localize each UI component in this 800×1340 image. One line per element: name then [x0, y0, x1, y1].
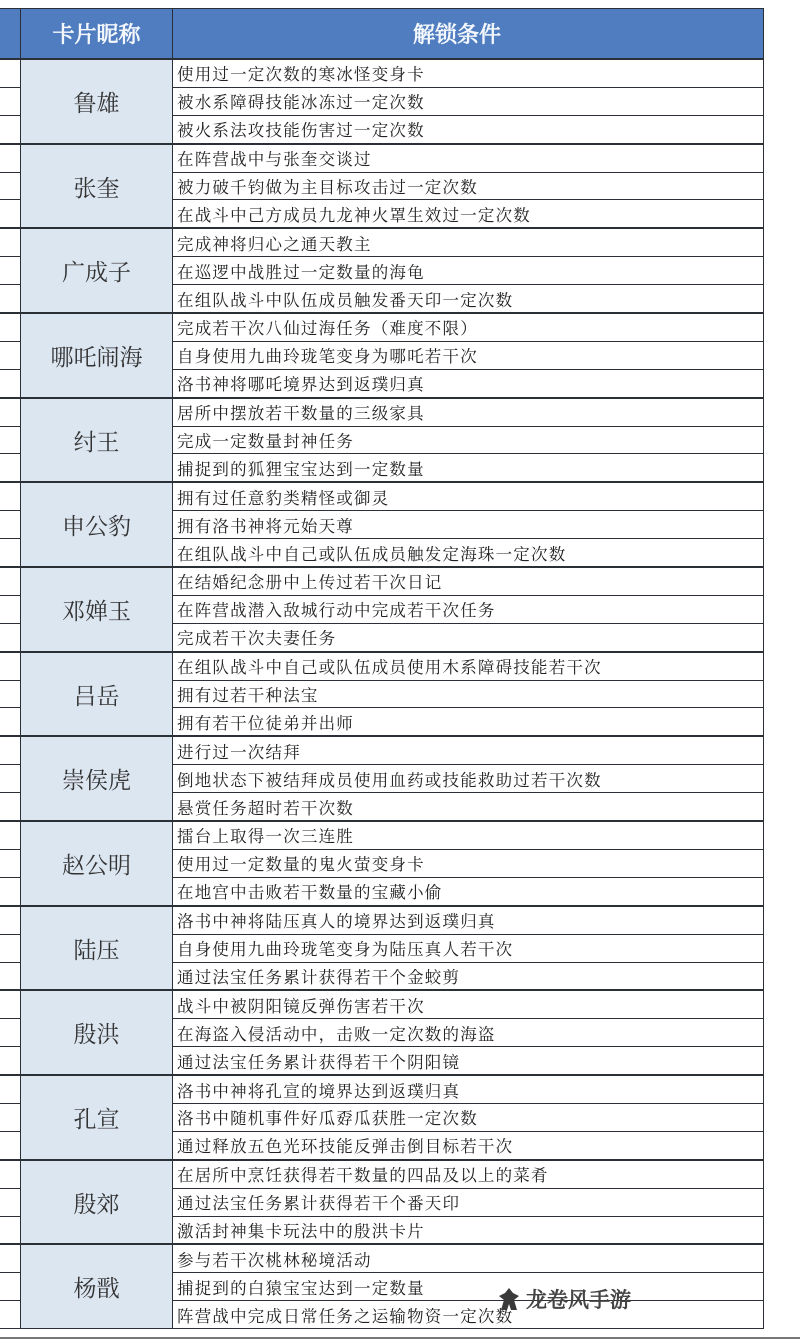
card-name-cell: 申公豹 [21, 482, 173, 567]
stub-cell [0, 877, 21, 905]
stub-cell [0, 1216, 21, 1244]
watermark-text: 龙卷风手游 [526, 1284, 631, 1314]
stub-cell [0, 1160, 21, 1188]
card-name-cell: 杨戬 [21, 1244, 173, 1328]
table-row: 杨戬参与若干次桃林秘境活动 [0, 1244, 764, 1272]
condition-cell: 居所中摆放若干数量的三级家具 [173, 398, 764, 426]
stub-cell [0, 652, 21, 680]
condition-cell: 使用过一定次数的寒冰怪变身卡 [173, 59, 764, 87]
header-row: 卡片昵称 解锁条件 [0, 9, 764, 60]
condition-cell: 洛书神将哪吒境界达到返璞归真 [173, 369, 764, 397]
stub-cell [0, 990, 21, 1018]
card-name-cell: 赵公明 [21, 821, 173, 906]
stub-cell [0, 1131, 21, 1159]
bottom-rule [0, 1337, 800, 1339]
stub-cell [0, 1075, 21, 1103]
condition-cell: 捕捉到的狐狸宝宝达到一定数量 [173, 454, 764, 482]
condition-cell: 通过法宝任务累计获得若干个阴阳镜 [173, 1047, 764, 1075]
table-row: 申公豹拥有过任意豹类精怪或御灵 [0, 482, 764, 510]
stub-cell [0, 313, 21, 341]
stub-cell [0, 765, 21, 793]
table-row: 广成子完成神将归心之通天教主 [0, 228, 764, 256]
card-name-cell: 孔宣 [21, 1075, 173, 1160]
condition-cell: 自身使用九曲玲珑笔变身为陆压真人若干次 [173, 934, 764, 962]
condition-cell: 倒地状态下被结拜成员使用血药或技能救助过若干次数 [173, 765, 764, 793]
condition-cell: 洛书中随机事件好瓜孬瓜获胜一定次数 [173, 1103, 764, 1131]
table-row: 吕岳在组队战斗中自己或队伍成员使用木系障碍技能若干次 [0, 652, 764, 680]
condition-cell: 在阵营战潜入敌城行动中完成若干次任务 [173, 595, 764, 623]
condition-cell: 进行过一次结拜 [173, 736, 764, 764]
stub-cell [0, 1047, 21, 1075]
condition-cell: 被水系障碍技能冰冻过一定次数 [173, 87, 764, 115]
table-row: 孔宣洛书中神将孔宣的境界达到返璞归真 [0, 1075, 764, 1103]
condition-cell: 拥有过若干种法宝 [173, 680, 764, 708]
card-name-cell: 殷郊 [21, 1160, 173, 1245]
table-row: 赵公明擂台上取得一次三连胜 [0, 821, 764, 849]
condition-cell: 洛书中神将孔宣的境界达到返璞归真 [173, 1075, 764, 1103]
stub-cell [0, 708, 21, 736]
stub-cell [0, 934, 21, 962]
condition-cell: 拥有洛书神将元始天尊 [173, 511, 764, 539]
meeple-icon [498, 1287, 520, 1311]
condition-cell: 在战斗中己方成员九龙神火罩生效过一定次数 [173, 200, 764, 228]
table-row: 崇侯虎进行过一次结拜 [0, 736, 764, 764]
card-name-cell: 崇侯虎 [21, 736, 173, 821]
condition-cell: 参与若干次桃林秘境活动 [173, 1244, 764, 1272]
condition-cell: 被火系法攻技能伤害过一定次数 [173, 115, 764, 143]
condition-cell: 自身使用九曲玲珑笔变身为哪吒若干次 [173, 341, 764, 369]
condition-cell: 阵营战中完成日常任务之运输物资一定次数 [173, 1301, 764, 1329]
stub-cell [0, 228, 21, 256]
stub-cell [0, 285, 21, 313]
stub-cell [0, 1273, 21, 1301]
stub-cell [0, 623, 21, 651]
table-row: 殷洪战斗中被阴阳镜反弹伤害若干次 [0, 990, 764, 1018]
stub-cell [0, 1244, 21, 1272]
stub-cell [0, 511, 21, 539]
stub-cell [0, 426, 21, 454]
header-unlock-conditions: 解锁条件 [173, 9, 764, 60]
stub-cell [0, 1103, 21, 1131]
stub-cell [0, 115, 21, 143]
card-name-cell: 哪吒闹海 [21, 313, 173, 398]
stub-cell [0, 793, 21, 821]
condition-cell: 洛书中神将陆压真人的境界达到返璞归真 [173, 906, 764, 934]
table-row: 邓婵玉在结婚纪念册中上传过若干次日记 [0, 567, 764, 595]
card-name-cell: 纣王 [21, 398, 173, 483]
condition-cell: 被力破千钧做为主目标攻击过一定次数 [173, 172, 764, 200]
table-row: 殷郊在居所中烹饪获得若干数量的四品及以上的菜肴 [0, 1160, 764, 1188]
card-name-cell: 鲁雄 [21, 59, 173, 144]
stub-cell [0, 962, 21, 990]
condition-cell: 在巡逻中战胜过一定数量的海龟 [173, 257, 764, 285]
card-name-cell: 邓婵玉 [21, 567, 173, 652]
card-name-cell: 陆压 [21, 906, 173, 991]
stub-cell [0, 567, 21, 595]
watermark: 龙卷风手游 [498, 1284, 631, 1314]
stub-cell [0, 736, 21, 764]
table-row: 鲁雄使用过一定次数的寒冰怪变身卡 [0, 59, 764, 87]
stub-cell [0, 144, 21, 172]
table-row: 哪吒闹海完成若干次八仙过海任务（难度不限） [0, 313, 764, 341]
stub-cell [0, 369, 21, 397]
condition-cell: 激活封神集卡玩法中的殷洪卡片 [173, 1216, 764, 1244]
table-row: 张奎在阵营战中与张奎交谈过 [0, 144, 764, 172]
table-row: 纣王居所中摆放若干数量的三级家具 [0, 398, 764, 426]
stub-cell [0, 454, 21, 482]
card-name-cell: 张奎 [21, 144, 173, 229]
condition-cell: 在地宫中击败若干数量的宝藏小偷 [173, 877, 764, 905]
condition-cell: 战斗中被阴阳镜反弹伤害若干次 [173, 990, 764, 1018]
condition-cell: 通过法宝任务累计获得若干个金蛟剪 [173, 962, 764, 990]
condition-cell: 在组队战斗中队伍成员触发番天印一定次数 [173, 285, 764, 313]
header-card-name: 卡片昵称 [21, 9, 173, 60]
stub-cell [0, 398, 21, 426]
condition-cell: 在结婚纪念册中上传过若干次日记 [173, 567, 764, 595]
unlock-conditions-sheet: 卡片昵称 解锁条件 鲁雄使用过一定次数的寒冰怪变身卡被水系障碍技能冰冻过一定次数… [0, 8, 764, 1329]
table-row: 陆压洛书中神将陆压真人的境界达到返璞归真 [0, 906, 764, 934]
stub-cell [0, 595, 21, 623]
condition-cell: 拥有过任意豹类精怪或御灵 [173, 482, 764, 510]
stub-cell [0, 1188, 21, 1216]
stub-cell [0, 482, 21, 510]
header-stub-cell [0, 9, 21, 60]
stub-cell [0, 680, 21, 708]
stub-cell [0, 172, 21, 200]
stub-cell [0, 849, 21, 877]
stub-cell [0, 200, 21, 228]
card-unlock-table: 卡片昵称 解锁条件 鲁雄使用过一定次数的寒冰怪变身卡被水系障碍技能冰冻过一定次数… [0, 8, 764, 1329]
stub-cell [0, 87, 21, 115]
card-name-cell: 吕岳 [21, 652, 173, 737]
stub-cell [0, 59, 21, 87]
condition-cell: 在居所中烹饪获得若干数量的四品及以上的菜肴 [173, 1160, 764, 1188]
stub-cell [0, 539, 21, 567]
stub-cell [0, 1301, 21, 1329]
condition-cell: 在阵营战中与张奎交谈过 [173, 144, 764, 172]
condition-cell: 在海盗入侵活动中，击败一定次数的海盗 [173, 1019, 764, 1047]
stub-cell [0, 1019, 21, 1047]
condition-cell: 悬赏任务超时若干次数 [173, 793, 764, 821]
condition-cell: 捕捉到的白猿宝宝达到一定数量 [173, 1273, 764, 1301]
condition-cell: 完成若干次夫妻任务 [173, 623, 764, 651]
condition-cell: 拥有若干位徒弟并出师 [173, 708, 764, 736]
condition-cell: 在组队战斗中自己或队伍成员使用木系障碍技能若干次 [173, 652, 764, 680]
condition-cell: 擂台上取得一次三连胜 [173, 821, 764, 849]
stub-cell [0, 821, 21, 849]
stub-cell [0, 341, 21, 369]
condition-cell: 完成一定数量封神任务 [173, 426, 764, 454]
table-body: 鲁雄使用过一定次数的寒冰怪变身卡被水系障碍技能冰冻过一定次数被火系法攻技能伤害过… [0, 59, 764, 1329]
condition-cell: 完成神将归心之通天教主 [173, 228, 764, 256]
card-name-cell: 殷洪 [21, 990, 173, 1075]
condition-cell: 通过释放五色光环技能反弹击倒目标若干次 [173, 1131, 764, 1159]
stub-cell [0, 257, 21, 285]
condition-cell: 通过法宝任务累计获得若干个番天印 [173, 1188, 764, 1216]
stub-cell [0, 906, 21, 934]
card-name-cell: 广成子 [21, 228, 173, 313]
condition-cell: 在组队战斗中自己或队伍成员触发定海珠一定次数 [173, 539, 764, 567]
condition-cell: 使用过一定数量的鬼火萤变身卡 [173, 849, 764, 877]
condition-cell: 完成若干次八仙过海任务（难度不限） [173, 313, 764, 341]
